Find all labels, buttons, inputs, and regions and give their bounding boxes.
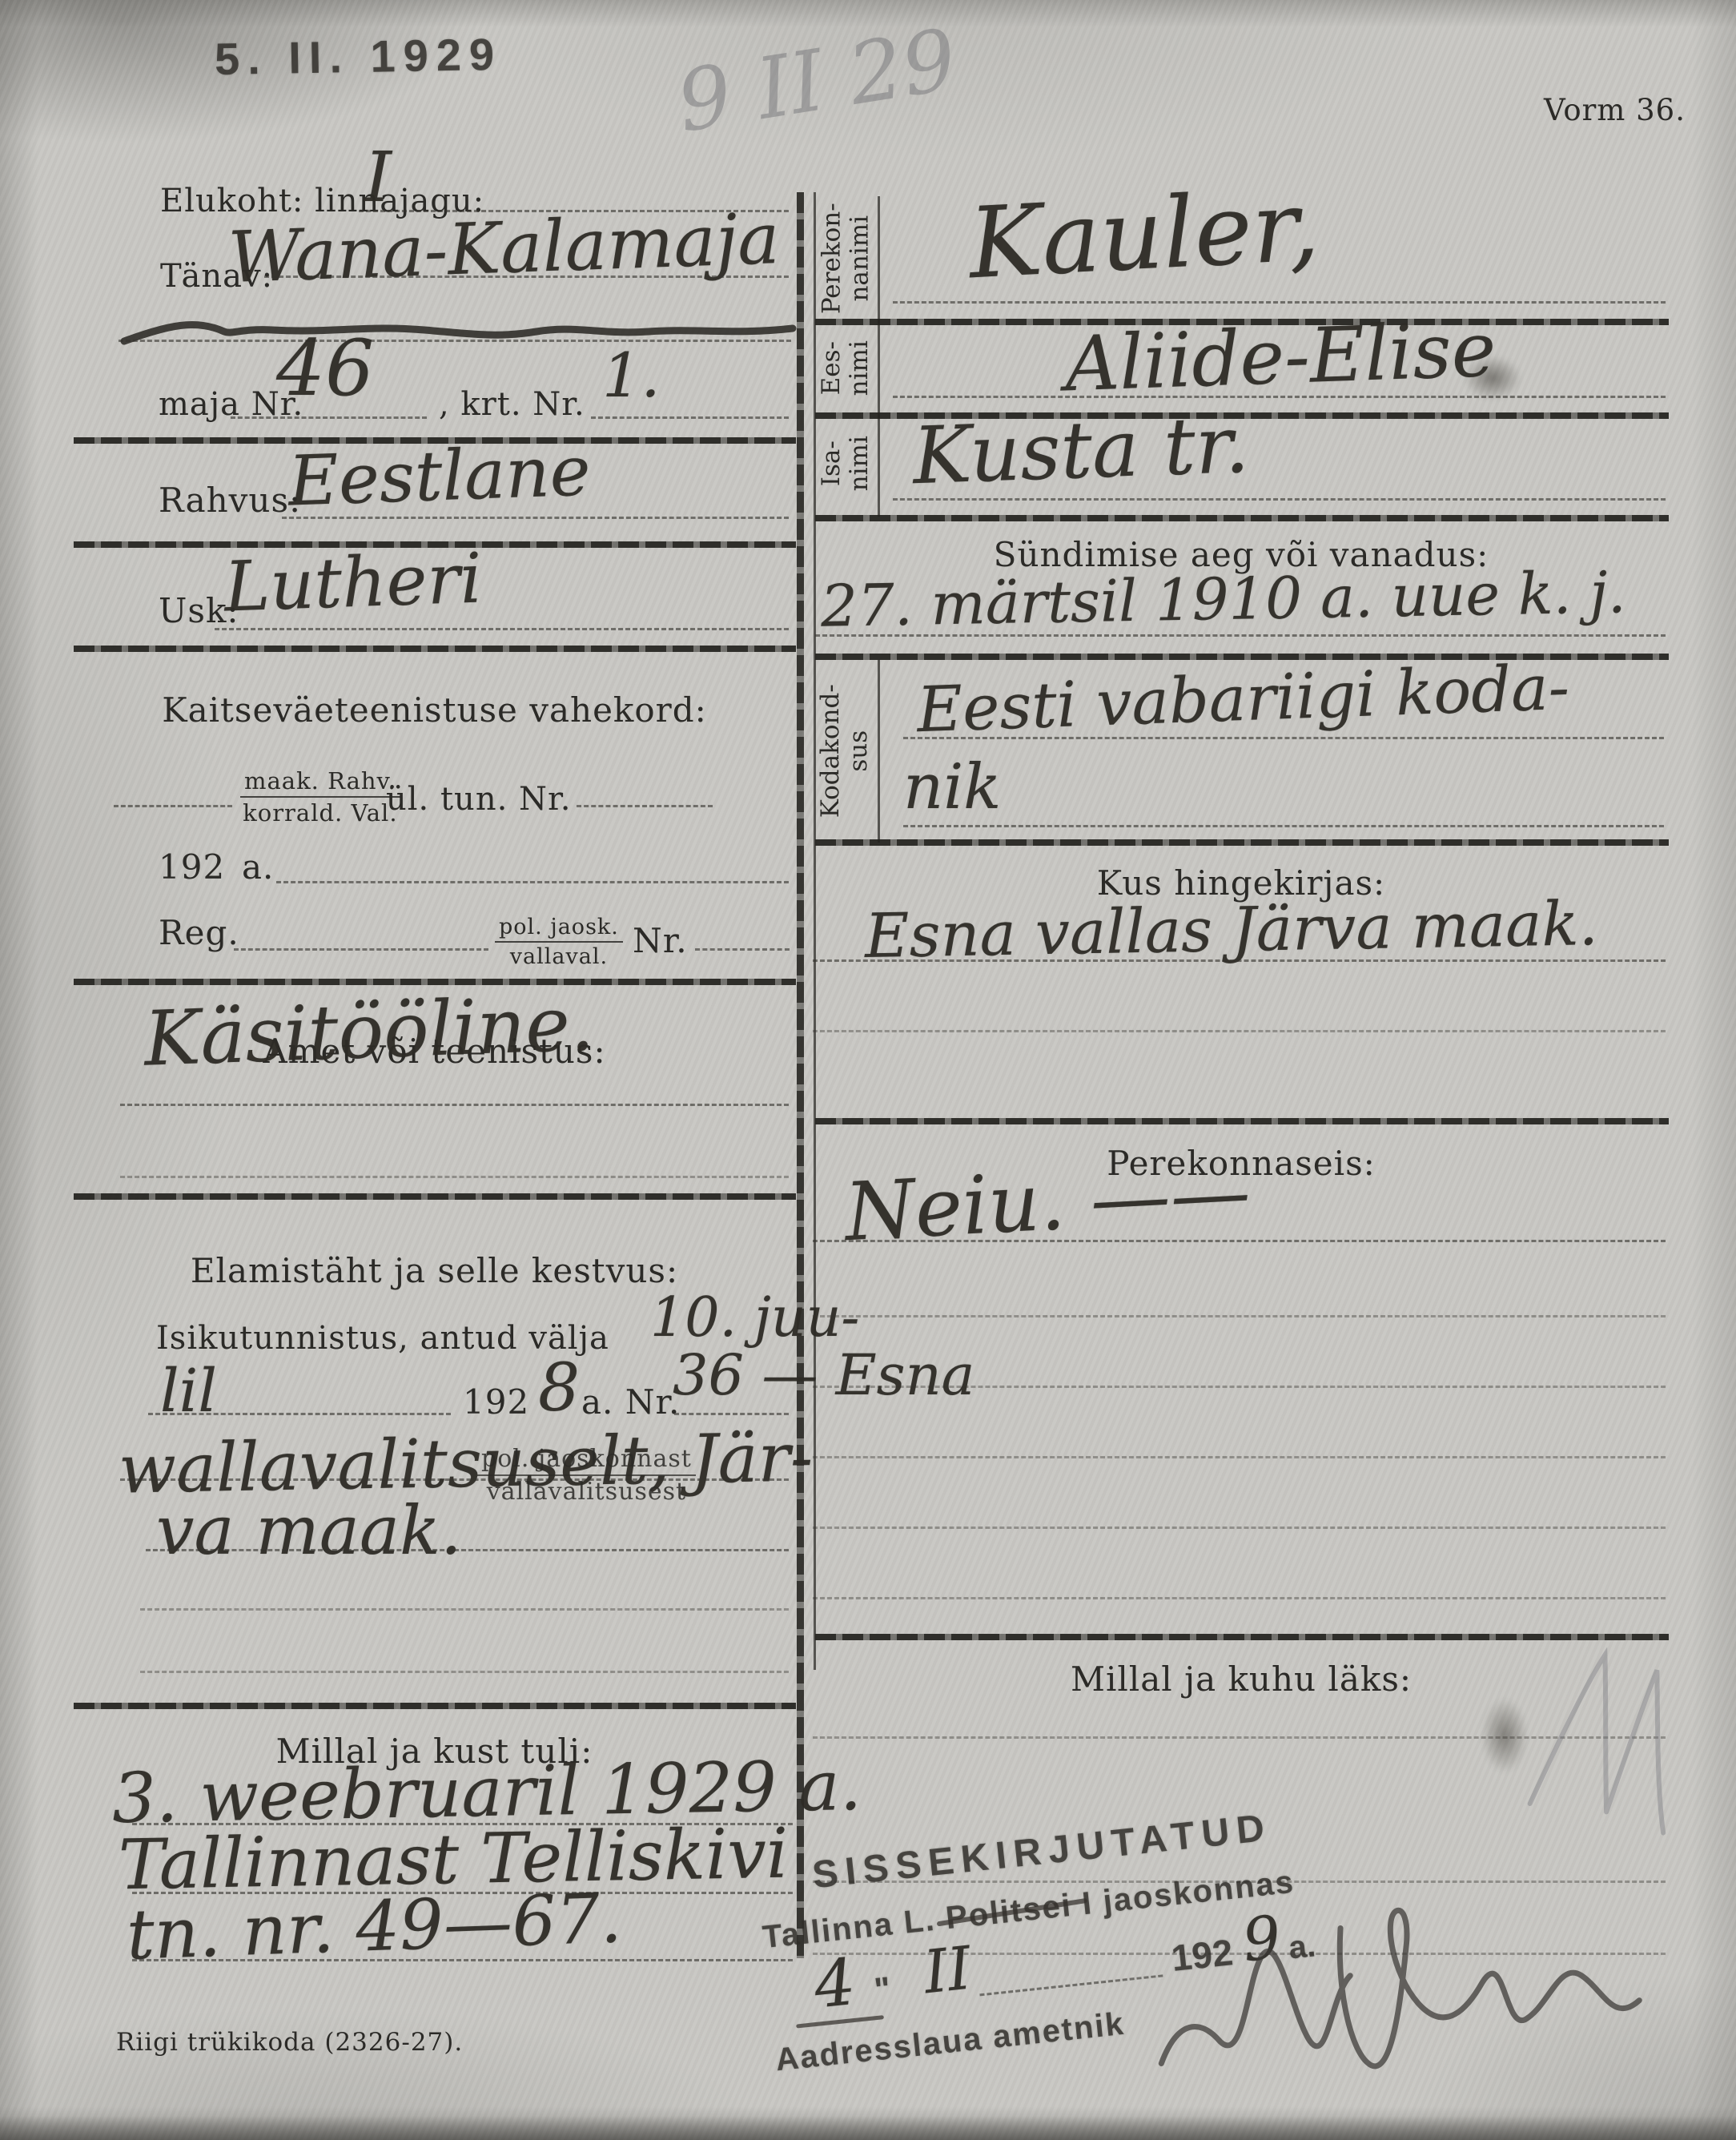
fraction-top: maak. Rahv. [240, 767, 400, 798]
dotted-writing-line [148, 1413, 451, 1415]
dotted-writing-line [903, 737, 1664, 739]
label-line: sus [845, 684, 873, 818]
dotted-writing-line [234, 948, 488, 951]
dotted-writing-line [276, 881, 789, 883]
permit-issuer-fraction: pol. jaoskonnastvallavalitsusest [477, 1445, 696, 1506]
nationality-label: Rahvus: [159, 481, 301, 520]
ink-smudge [1464, 356, 1521, 400]
dotted-writing-line [591, 416, 789, 419]
military-office-fraction: maak. Rahv.korrald. Val. [240, 767, 400, 827]
dotted-writing-line [674, 1413, 789, 1415]
dotted-writing-line [120, 1478, 789, 1481]
permit-county-handwritten: va maak. [156, 1491, 462, 1570]
dotted-writing-line [215, 628, 789, 630]
section-rule [815, 839, 1669, 846]
dotted-writing-line [231, 416, 427, 419]
section-rule [74, 646, 796, 652]
form-number-label: Vorm 36. [1544, 93, 1686, 127]
stamp-day-handwritten: 4 [810, 1945, 858, 2023]
military-reg-label: Reg. [159, 913, 239, 952]
dotted-writing-line [815, 634, 1666, 637]
dotted-writing-line [893, 498, 1666, 501]
official-signature [1137, 1856, 1673, 2133]
scanned-document-page: 5. II. 1929 9 II 29 Vorm 36. Elukoht: li… [0, 0, 1736, 2140]
dotted-writing-line [695, 948, 790, 951]
ink-smudge [1481, 1698, 1528, 1773]
received-date-stamp: 5. II. 1929 [214, 28, 502, 85]
label-line: nimi [846, 436, 874, 491]
dotted-writing-line [140, 1608, 789, 1611]
military-year-prefix: 192 [159, 847, 225, 887]
section-rule [815, 515, 1669, 521]
military-nr-label: Nr. [633, 921, 688, 960]
paper-bottom-edge [0, 2116, 1736, 2140]
handwritten-flourish [120, 311, 797, 349]
apartment-number-label: , krt. Nr. [439, 386, 585, 423]
citizenship-value2-handwritten: nik [903, 751, 1001, 823]
label-line: Isa- [818, 436, 846, 491]
permit-year-prefix: 192 [463, 1382, 529, 1422]
dotted-writing-line [577, 805, 713, 807]
father-name-value-handwritten: Kusta tr. [911, 400, 1251, 503]
fraction-bottom: korrald. Val. [240, 798, 400, 827]
permit-year-hand: 8 [538, 1350, 580, 1426]
printer-note: Riigi trükikoda (2326-27). [116, 2028, 463, 2057]
stamp-month-handwritten: II [921, 1934, 974, 2008]
military-certificate-label: ül. tun. Nr. [386, 781, 571, 818]
military-service-heading: Kaitseväeteenistuse vahekord: [76, 690, 793, 730]
permit-number-handwritten: 36 — Esna [673, 1342, 974, 1408]
dotted-writing-line [813, 1597, 1666, 1599]
dotted-writing-line [813, 1456, 1666, 1458]
citizenship-vertical-label: Kodakond- sus [809, 660, 881, 843]
dotted-writing-line [132, 1959, 793, 1961]
dotted-writing-line [140, 1671, 789, 1673]
dotted-writing-line [264, 276, 789, 278]
identity-card-date2-handwritten: lil [160, 1357, 217, 1426]
dotted-writing-line [813, 1315, 1666, 1317]
house-number-value-handwritten: 46 [276, 324, 374, 413]
nationality-value-handwritten: Eestlane [287, 431, 592, 521]
residence-permit-heading: Elamistäht ja selle kestvus: [76, 1251, 793, 1290]
dotted-writing-line [282, 517, 789, 519]
permit-a-nr-label: a. Nr. [581, 1382, 680, 1422]
occupation-value-handwritten: Käsitööline. [143, 980, 595, 1084]
military-district-fraction: pol. jaosk.vallaval. [495, 915, 623, 969]
dotted-writing-line [893, 301, 1666, 304]
label-line: Kodakond- [817, 684, 845, 818]
religion-value-handwritten: Lutheri [223, 538, 483, 627]
apartment-number-value-handwritten: 1. [602, 340, 661, 411]
stamp-quote-mark: " [873, 1969, 893, 2009]
residence-value-handwritten: I [364, 138, 392, 218]
dotted-writing-line [903, 825, 1664, 827]
dotted-writing-line [120, 1176, 789, 1178]
section-rule [74, 1703, 796, 1709]
label-line: Perekon- [818, 203, 846, 315]
dotted-writing-line [119, 340, 791, 342]
section-rule [74, 1193, 796, 1200]
identity-card-date-handwritten: 10. juu- [650, 1286, 859, 1350]
dotted-writing-line [813, 1030, 1666, 1032]
section-rule [815, 1118, 1669, 1124]
section-rule [74, 979, 796, 985]
father-name-vertical-label: Isa- nimi [812, 416, 879, 511]
birth-value-handwritten: 27. märtsil 1910 a. uue k. j. [820, 558, 1626, 640]
first-name-vertical-label: Ees- nimi [812, 324, 879, 413]
surname-value-handwritten: Kauler, [966, 169, 1322, 301]
label-line: Ees- [818, 340, 846, 396]
column-divider-thick [797, 192, 804, 1958]
fraction-bottom: vallaval. [495, 943, 623, 969]
dotted-writing-line [813, 959, 1666, 962]
dotted-writing-line [893, 396, 1666, 398]
dotted-writing-line [146, 1549, 789, 1551]
dotted-writing-line [813, 1240, 1666, 1242]
fraction-top: pol. jaosk. [495, 915, 623, 943]
pencil-scribble [1504, 1622, 1715, 1853]
dotted-writing-line [813, 1386, 1666, 1388]
stamp-dotted-line [979, 1974, 1163, 1996]
dotted-writing-line [813, 1527, 1666, 1529]
dotted-writing-line [114, 805, 232, 807]
label-line: nimi [846, 340, 874, 396]
first-name-value-handwritten: Aliide-Elise [1063, 307, 1497, 409]
fraction-top: pol. jaoskonnast [477, 1445, 696, 1476]
label-line: nanimi [846, 203, 874, 315]
surname-vertical-label: Perekon- nanimi [812, 199, 879, 319]
military-year-suffix: a. [242, 847, 274, 887]
dotted-writing-line [120, 1104, 789, 1106]
